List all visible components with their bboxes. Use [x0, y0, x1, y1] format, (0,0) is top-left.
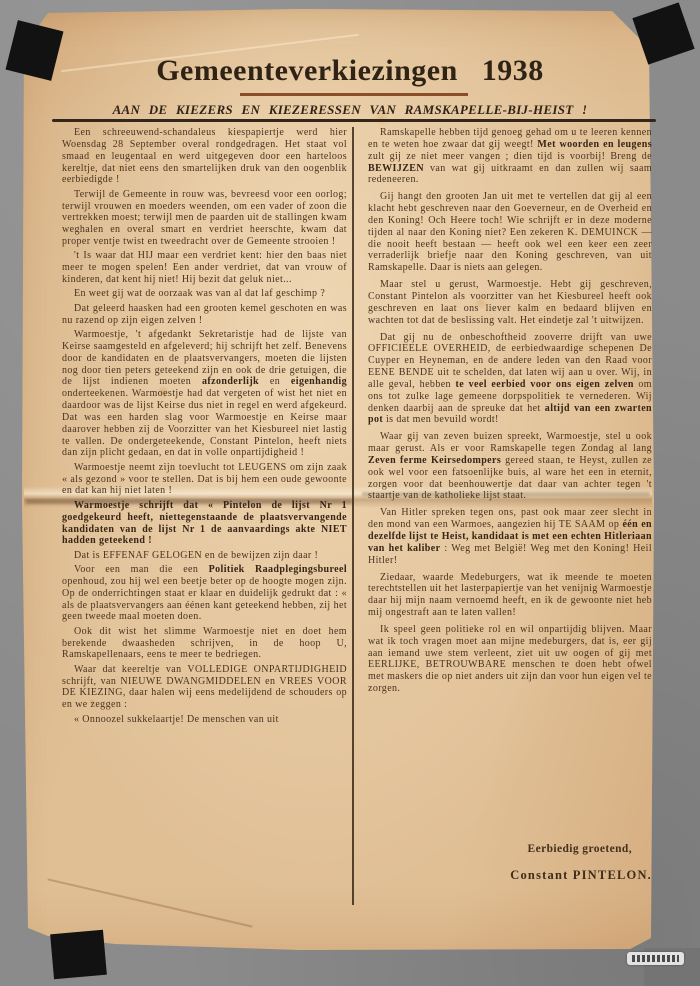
text-run: openhoud, zou hij wel een beetje beter o…	[62, 576, 347, 623]
text-run: Waar gij van zeven buizen spreekt, Warmo…	[368, 431, 652, 454]
text-run: Warmoestje neemt zijn toevlucht tot LEUG…	[62, 462, 347, 497]
paragraph: Maar stel u gerust, Warmoestje. Hebt gij…	[368, 279, 652, 326]
text-run: Voor een man die een	[74, 564, 209, 575]
text-run: Van Hitler spreken tegen ons, past ook m…	[368, 507, 652, 530]
paragraph: En weet gij wat de oorzaak was van al da…	[62, 288, 347, 300]
paragraph: Van Hitler spreken tegen ons, past ook m…	[368, 507, 652, 566]
text-run: En weet gij wat de oorzaak was van al da…	[74, 288, 325, 299]
archive-photo-mat: { "colors": { "background": "#8b8b8b", "…	[0, 0, 700, 986]
text-run: Een schreeuwend-schandaleus kiespapiertj…	[62, 127, 347, 185]
paragraph: Ziedaar, waarde Medeburgers, wat ik meen…	[368, 572, 652, 619]
paragraph: Terwijl de Gemeente in rouw was, bevrees…	[62, 189, 347, 248]
signature-closing: Eerbiedig groetend,	[368, 843, 654, 855]
photo-corner-bottom-left-icon	[50, 930, 107, 979]
text-run: Dat geleerd haasken had een grooten keme…	[62, 303, 347, 326]
text-run: onderteekenen. Warmoestje had dat verget…	[62, 388, 347, 458]
text-run: 't Is waar dat HIJ maar een verdriet ken…	[62, 250, 347, 285]
text-run: Maar stel u gerust, Warmoestje. Hebt gij…	[368, 279, 652, 326]
text-run: Warmoestje schrijft dat « Pintelon de li…	[62, 500, 347, 547]
page-title: Gemeenteverkiezingen 1938	[0, 54, 700, 88]
paragraph: « Onnoozel sukkelaartje! De menschen van…	[62, 714, 347, 726]
text-run: « Onnoozel sukkelaartje! De menschen van…	[74, 714, 279, 725]
text-run: BEWIJZEN	[368, 163, 424, 174]
signature-name: Constant PINTELON.	[368, 868, 654, 883]
paragraph: Warmoestje schrijft dat « Pintelon de li…	[62, 500, 347, 547]
text-run: Terwijl de Gemeente in rouw was, bevrees…	[62, 189, 347, 247]
subtitle-rule	[52, 119, 656, 122]
paragraph: Waar dat keereltje van VOLLEDIGE ONPARTI…	[62, 664, 347, 711]
text-run: Gij hangt den grooten Jan uit met te ver…	[368, 191, 652, 273]
text-run: is dat men bevuild wordt!	[383, 414, 499, 425]
text-run: Met woorden en leugens	[537, 139, 652, 150]
text-run: Politiek Raadplegingsbureel	[209, 564, 347, 575]
text-run: Waar dat keereltje van VOLLEDIGE ONPARTI…	[62, 664, 347, 711]
text-run: zult gij ze niet meer vangen ; dien tijd…	[368, 151, 652, 162]
paragraph: Warmoestje neemt zijn toevlucht tot LEUG…	[62, 462, 347, 498]
column-divider	[352, 127, 354, 905]
column-left: Een schreeuwend-schandaleus kiespapiertj…	[62, 127, 347, 728]
column-right: Ramskapelle hebben tijd genoeg gehad om …	[368, 127, 652, 700]
paragraph: 't Is waar dat HIJ maar een verdriet ken…	[62, 250, 347, 286]
paragraph: Gij hangt den grooten Jan uit met te ver…	[368, 191, 652, 274]
text-run: te veel eerbied voor ons eigen zelven	[456, 379, 634, 390]
paragraph: Een schreeuwend-schandaleus kiespapiertj…	[62, 127, 347, 186]
paragraph: Ramskapelle hebben tijd genoeg gehad om …	[368, 127, 652, 186]
text-run: Zeven ferme Keirsedompers	[368, 455, 501, 466]
text-run: Ik speel geen politieke rol en wil onpar…	[368, 624, 652, 694]
text-run: Ziedaar, waarde Medeburgers, wat ik meen…	[368, 572, 652, 619]
paragraph: Dat geleerd haasken had een grooten keme…	[62, 303, 347, 327]
text-run: afzonderlijk	[202, 376, 259, 387]
paragraph: Warmoestje, 't afgedankt Sekretaristje h…	[62, 329, 347, 459]
pamphlet-content: Gemeenteverkiezingen 1938 AAN DE KIEZERS…	[0, 0, 700, 986]
paragraph: Ook dit wist het slimme Warmoestje niet …	[62, 626, 347, 662]
paragraph: Dat gij nu de onbeschoftheid zooverre dr…	[368, 332, 652, 427]
text-run: eigenhandig	[291, 376, 347, 387]
text-run: Dat is EFFENAF GELOGEN en de bewijzen zi…	[74, 550, 318, 561]
paragraph: Voor een man die een Politiek Raadplegin…	[62, 564, 347, 623]
title-underline	[240, 93, 468, 96]
paragraph: Waar gij van zeven buizen spreekt, Warmo…	[368, 431, 652, 502]
text-run: Ook dit wist het slimme Warmoestje niet …	[62, 626, 347, 661]
paragraph: Ik speel geen politieke rol en wil onpar…	[368, 624, 652, 695]
text-run: en	[259, 376, 291, 387]
paragraph: Dat is EFFENAF GELOGEN en de bewijzen zi…	[62, 550, 347, 562]
page-subtitle: AAN DE KIEZERS EN KIEZERESSEN VAN RAMSKA…	[30, 102, 670, 118]
